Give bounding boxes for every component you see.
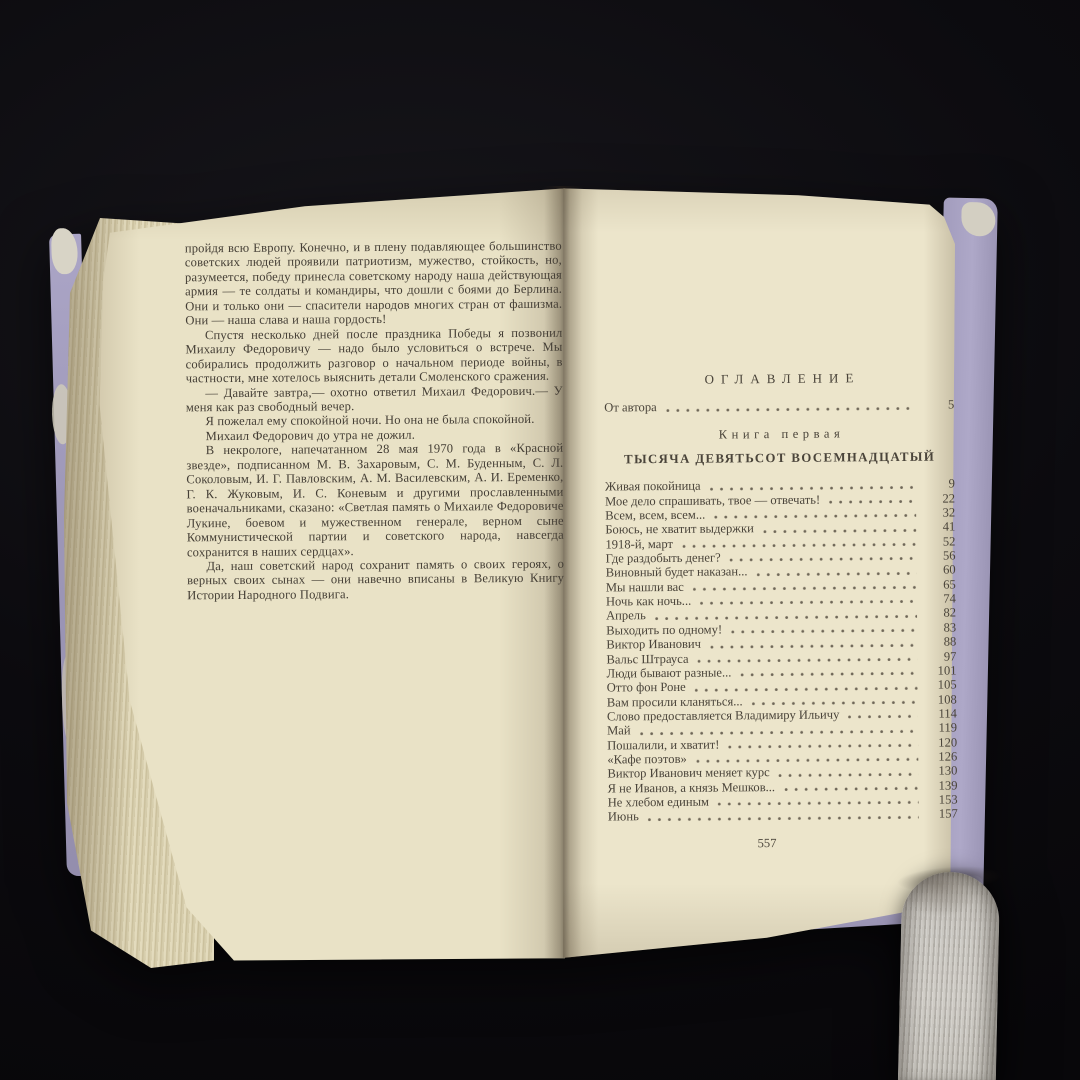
toc-entry-page: 9 xyxy=(923,477,955,492)
toc-entry-page: 130 xyxy=(925,764,957,779)
paragraph: пройдя всю Европу. Конечно, и в плену по… xyxy=(185,239,563,328)
toc-entry-page: 120 xyxy=(925,735,957,750)
toc-entry-list: Живая покойница 9 Мое дело спрашивать, т… xyxy=(605,477,958,824)
dot-leader xyxy=(718,801,919,806)
dot-leader xyxy=(848,715,918,719)
dot-leader xyxy=(763,529,916,533)
toc-entry-title: Мы нашли вас xyxy=(606,580,684,595)
open-book: пройдя всю Европу. Конечно, и в плену по… xyxy=(0,0,1080,1080)
toc-entry-page: 83 xyxy=(924,620,956,635)
toc-entry-page: 88 xyxy=(924,635,956,650)
toc-entry-title: «Кафе поэтов» xyxy=(607,752,687,767)
dot-leader xyxy=(696,758,919,763)
dot-leader xyxy=(752,701,918,705)
toc-entry-title: От автора xyxy=(604,400,657,415)
toc-entry-page: 119 xyxy=(925,721,957,736)
toc-entry-title: Всем, всем, всем... xyxy=(605,508,705,523)
toc-entry-title: Живая покойница xyxy=(605,479,701,494)
toc-entry-title: Ночь как ночь... xyxy=(606,594,691,609)
paragraph: В некрологе, напечатанном 28 мая 1970 го… xyxy=(186,441,564,559)
toc-entry-title: 1918-й, март xyxy=(605,537,673,552)
dot-leader xyxy=(710,643,917,648)
cover-worn-patch xyxy=(51,228,78,275)
toc-entry-title: Выходить по одному! xyxy=(606,622,722,637)
book-part-label: Книга первая xyxy=(604,425,954,442)
toc-entry-title: Виктор Иванович меняет курс xyxy=(607,765,769,781)
toc-entry-title: Вальс Штрауса xyxy=(606,651,688,666)
toc-entry-page: 139 xyxy=(925,778,957,793)
toc-entry-page: 32 xyxy=(923,506,955,521)
toc-entry-title: Виновный будет наказан... xyxy=(606,565,748,581)
dot-leader xyxy=(695,686,918,691)
toc-entry-title: Вам просили кланяться... xyxy=(607,694,743,710)
toc-entry-page: 114 xyxy=(925,706,957,721)
toc-entry-page: 5 xyxy=(922,398,954,413)
toc-entry-page: 105 xyxy=(925,678,957,693)
dot-leader xyxy=(698,658,918,663)
toc-entry-title: Слово предоставляется Владимиру Ильичу xyxy=(607,707,840,723)
toc-entry-page: 65 xyxy=(924,577,956,592)
dot-leader xyxy=(779,772,919,776)
dot-leader xyxy=(655,615,917,620)
toc-entry-title: Я не Иванов, а князь Мешков... xyxy=(607,780,775,796)
toc-entry-title: Не хлебом единым xyxy=(608,795,709,810)
toc-entry-page: 82 xyxy=(924,606,956,621)
toc-entry-page: 22 xyxy=(923,491,955,506)
dot-leader xyxy=(693,586,917,591)
paragraph: Спустя несколько дней после праздника По… xyxy=(185,325,562,385)
toc-entry-title: Отто фон Роне xyxy=(607,680,686,695)
toc-entry-page: 60 xyxy=(924,563,956,578)
dot-leader xyxy=(710,486,916,491)
toc-entry-page: 97 xyxy=(924,649,956,664)
dot-leader xyxy=(648,815,919,820)
toc-entry-title: Люди бывают разные... xyxy=(606,665,731,680)
toc-entry-title: Май xyxy=(607,724,631,739)
dot-leader xyxy=(757,572,917,576)
toc-entry-title: Боюсь, не хватит выдержки xyxy=(605,522,754,538)
dot-leader xyxy=(728,744,918,749)
table-of-contents: ОГЛАВЛЕНИЕ От автора 5 Книга первая ТЫСЯ… xyxy=(604,370,958,851)
toc-entry-page: 157 xyxy=(926,807,958,822)
gloved-finger xyxy=(898,871,1000,1080)
toc-entry-page: 153 xyxy=(926,792,958,807)
dot-leader xyxy=(666,407,916,412)
dot-leader xyxy=(700,600,917,605)
dot-leader xyxy=(731,629,917,634)
toc-entry-page: 108 xyxy=(925,692,957,707)
toc-entry-page: 126 xyxy=(925,749,957,764)
dot-leader xyxy=(682,543,916,548)
toc-entry-page: 56 xyxy=(923,549,955,564)
dot-leader xyxy=(829,500,916,504)
toc-entry-front: От автора 5 xyxy=(604,398,954,415)
left-page-text: пройдя всю Европу. Конечно, и в плену по… xyxy=(185,239,565,603)
cover-worn-patch xyxy=(961,202,996,237)
paragraph: — Давайте завтра,— охотно ответил Михаил… xyxy=(186,383,563,415)
toc-entry-title: Мое дело спрашивать, твое — отвечать! xyxy=(605,492,820,508)
toc-entry-page: 74 xyxy=(924,592,956,607)
dot-leader xyxy=(730,557,917,562)
page-number: 557 xyxy=(592,834,942,851)
toc-entry-title: Пошалили, и хватит! xyxy=(607,737,719,752)
toc-entry-page: 52 xyxy=(923,534,955,549)
toc-entry-page: 41 xyxy=(923,520,955,535)
dot-leader xyxy=(640,729,918,734)
toc-entry-title: Виктор Иванович xyxy=(606,637,701,652)
dot-leader xyxy=(784,787,919,791)
dot-leader xyxy=(714,514,916,519)
toc-entry-page: 101 xyxy=(924,663,956,678)
toc-entry-title: Июнь xyxy=(608,810,639,825)
toc-entry-title: Апрель xyxy=(606,609,646,624)
toc-heading: ОГЛАВЛЕНИЕ xyxy=(604,370,954,387)
paragraph: Я пожелал ему спокойной ночи. Но она не … xyxy=(186,412,563,429)
paragraph: Да, наш советский народ сохранит память … xyxy=(187,557,564,603)
toc-entry-title: Где раздобыть денег? xyxy=(605,551,720,566)
photo-background: пройдя всю Европу. Конечно, и в плену по… xyxy=(0,0,1080,1080)
book-part-title: ТЫСЯЧА ДЕВЯТЬСОТ ВОСЕМНАДЦАТЫЙ xyxy=(605,450,955,467)
dot-leader xyxy=(740,672,917,677)
toc-entry: Июнь 157 xyxy=(608,807,958,824)
